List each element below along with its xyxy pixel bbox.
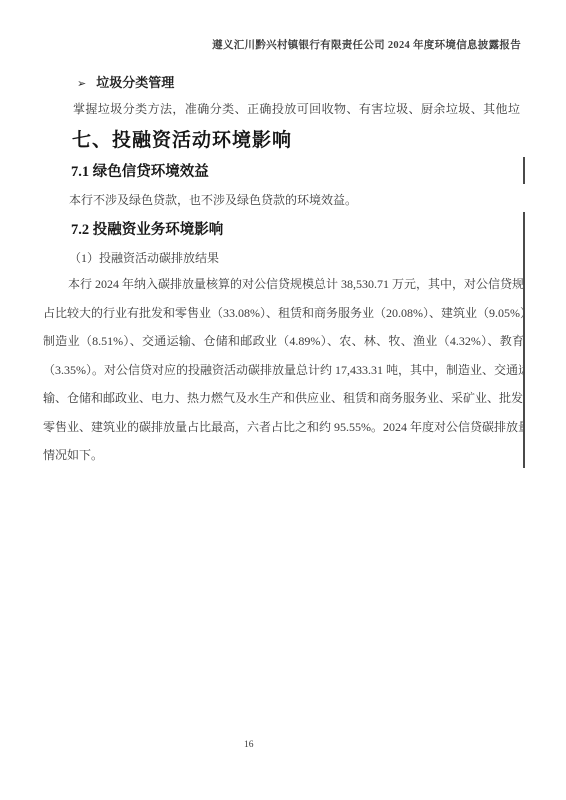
- section-7-1-title: 7.1 绿色信贷环境效益: [71, 160, 209, 181]
- page-header-title: 遵义汇川黔兴村镇银行有限责任公司 2024 年度环境信息披露报告: [212, 37, 521, 52]
- paragraph-line: （3.35%）。对公信贷对应的投融资活动碳排放量总计约 17,433.31 吨，…: [43, 356, 524, 385]
- paragraph-line: 占比较大的行业有批发和零售业（33.08%）、租赁和商务服务业（20.08%）、…: [43, 299, 524, 328]
- revision-change-bar: [523, 212, 525, 468]
- section-7-title: 七、投融资活动环境影响: [72, 125, 292, 152]
- waste-management-bullet-label: 垃圾分类管理: [96, 75, 174, 90]
- paragraph-line: 本行 2024 年纳入碳排放量核算的对公信贷规模总计 38,530.71 万元，…: [43, 270, 524, 299]
- arrowhead-bullet-icon: ➢: [77, 77, 86, 90]
- paragraph-line: 情况如下。: [43, 441, 524, 470]
- carbon-emission-item-title: （1）投融资活动碳排放结果: [69, 249, 219, 266]
- revision-change-bar: [523, 157, 525, 184]
- page-number: 16: [244, 740, 254, 750]
- waste-management-bullet: ➢垃圾分类管理: [77, 72, 174, 91]
- green-credit-paragraph: 本行不涉及绿色贷款，也不涉及绿色贷款的环境效益。: [69, 191, 357, 208]
- carbon-emission-paragraph: 本行 2024 年纳入碳排放量核算的对公信贷规模总计 38,530.71 万元，…: [43, 270, 524, 470]
- report-page: 遵义汇川黔兴村镇银行有限责任公司 2024 年度环境信息披露报告 ➢垃圾分类管理…: [0, 0, 566, 800]
- paragraph-line: 输、仓储和邮政业、电力、热力燃气及水生产和供应业、租赁和商务服务业、采矿业、批发…: [43, 384, 524, 413]
- section-7-2-title: 7.2 投融资业务环境影响: [71, 218, 223, 239]
- paragraph-line: 制造业（8.51%）、交通运输、仓储和邮政业（4.89%）、农、林、牧、渔业（4…: [43, 327, 524, 356]
- waste-management-paragraph: 掌握垃圾分类方法，准确分类、正确投放可回收物、有害垃圾、厨余垃圾、其他垃圾。: [73, 101, 520, 117]
- paragraph-line: 零售业、建筑业的碳排放量占比最高，六者占比之和约 95.55%。2024 年度对…: [43, 413, 524, 442]
